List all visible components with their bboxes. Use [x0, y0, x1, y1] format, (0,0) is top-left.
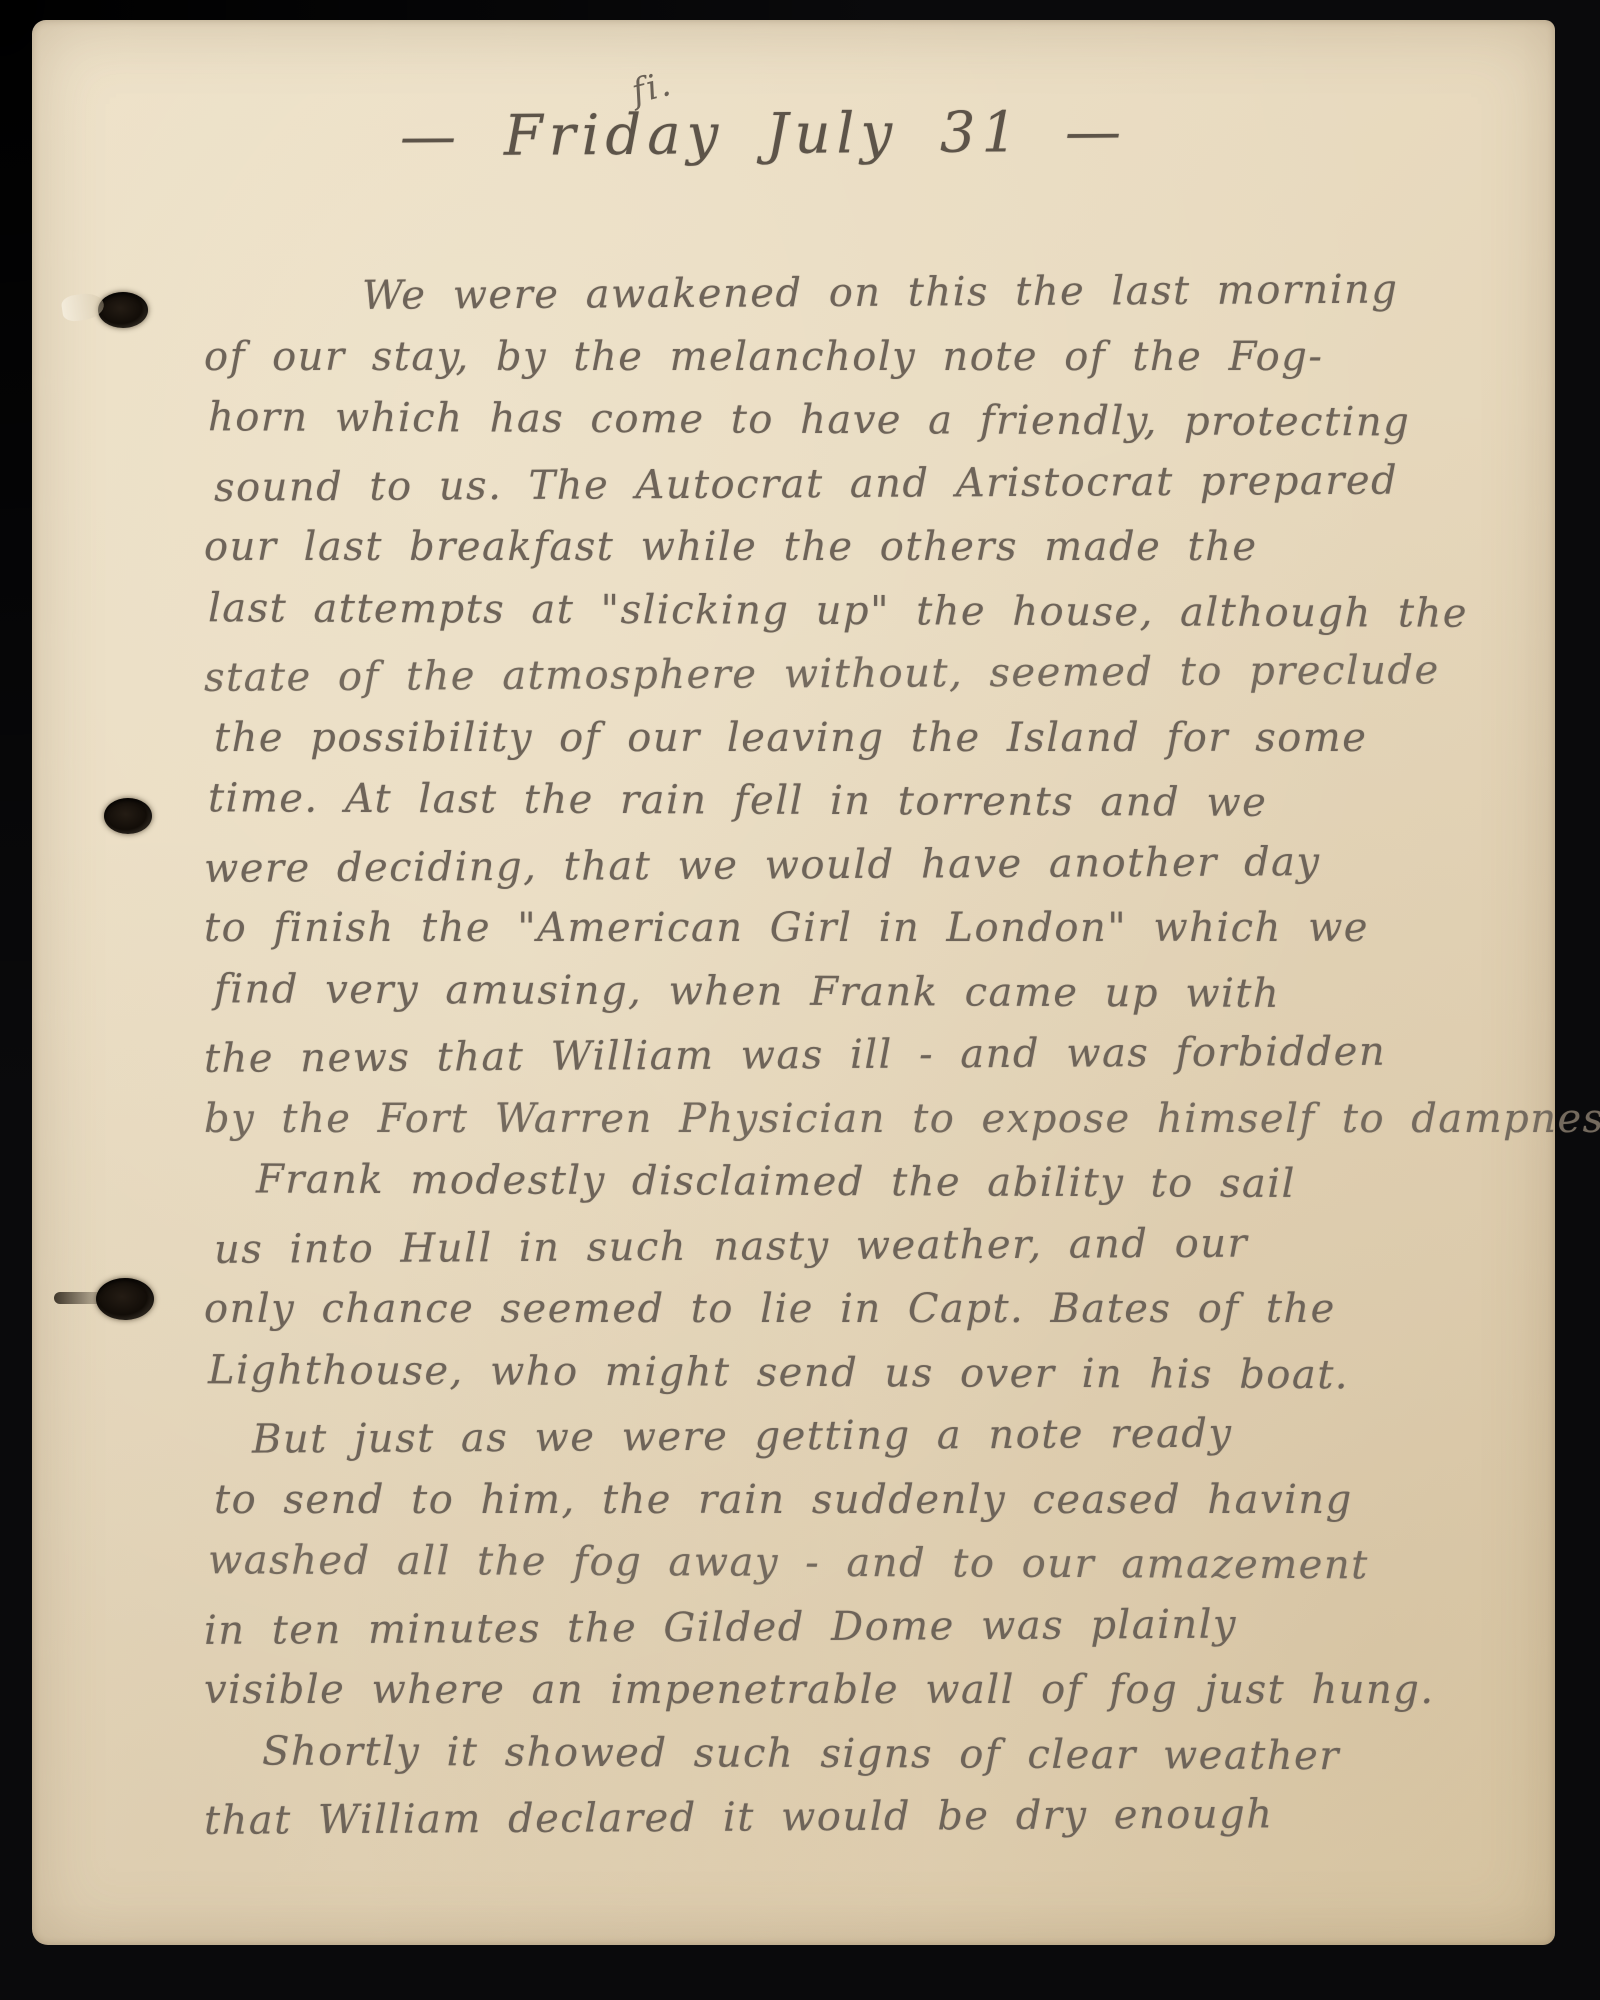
handwritten-line: Frank modestly disclaimed the ability to…	[208, 1148, 1474, 1217]
scan-background: fi. — Friday July 31 — We were awakened …	[0, 0, 1600, 2000]
handwritten-line: time. At last the rain fell in torrents …	[208, 767, 1474, 836]
handwritten-line: the news that William was ill - and was …	[204, 1020, 1474, 1091]
punch-hole	[104, 798, 152, 834]
handwritten-line: of our stay, by the melancholy note of t…	[204, 326, 1474, 390]
handwritten-line: horn which has come to have a friendly, …	[208, 386, 1474, 455]
handwritten-line: state of the atmosphere without, seemed …	[204, 639, 1474, 710]
handwritten-line: to finish the "American Girl in London" …	[204, 897, 1474, 961]
handwritten-line: washed all the fog away - and to our ama…	[208, 1529, 1474, 1598]
handwritten-line: But just as we were getting a note ready	[204, 1401, 1474, 1472]
punch-hole	[96, 1278, 154, 1320]
handwritten-line: visible where an impenetrable wall of fo…	[204, 1659, 1474, 1723]
handwritten-line: only chance seemed to lie in Capt. Bates…	[204, 1278, 1474, 1342]
handwritten-line: Lighthouse, who might send us over in hi…	[208, 1339, 1474, 1408]
handwritten-line: to send to him, the rain suddenly ceased…	[214, 1469, 1474, 1533]
entry-date-heading: — Friday July 31 —	[32, 97, 1495, 172]
handwritten-line: Shortly it showed such signs of clear we…	[214, 1720, 1474, 1789]
handwritten-line: us into Hull in such nasty weather, and …	[214, 1211, 1474, 1282]
diary-page: fi. — Friday July 31 — We were awakened …	[32, 20, 1555, 1945]
handwritten-line: that William declared it would be dry en…	[204, 1782, 1474, 1853]
handwritten-line: sound to us. The Autocrat and Aristocrat…	[214, 449, 1474, 520]
handwritten-line: by the Fort Warren Physician to expose h…	[204, 1088, 1474, 1152]
handwritten-line: find very amusing, when Frank came up wi…	[214, 958, 1474, 1027]
handwritten-line: last attempts at "slicking up" the house…	[208, 577, 1474, 646]
handwritten-line: were deciding, that we would have anothe…	[204, 830, 1474, 901]
handwritten-line: We were awakened on this the last mornin…	[204, 258, 1474, 329]
handwritten-line: in ten minutes the Gilded Dome was plain…	[204, 1592, 1474, 1663]
punch-hole	[98, 292, 148, 328]
handwritten-line: our last breakfast while the others made…	[204, 516, 1474, 580]
entry-body: We were awakened on this the last mornin…	[204, 262, 1474, 1850]
handwritten-line: the possibility of our leaving the Islan…	[214, 707, 1474, 771]
